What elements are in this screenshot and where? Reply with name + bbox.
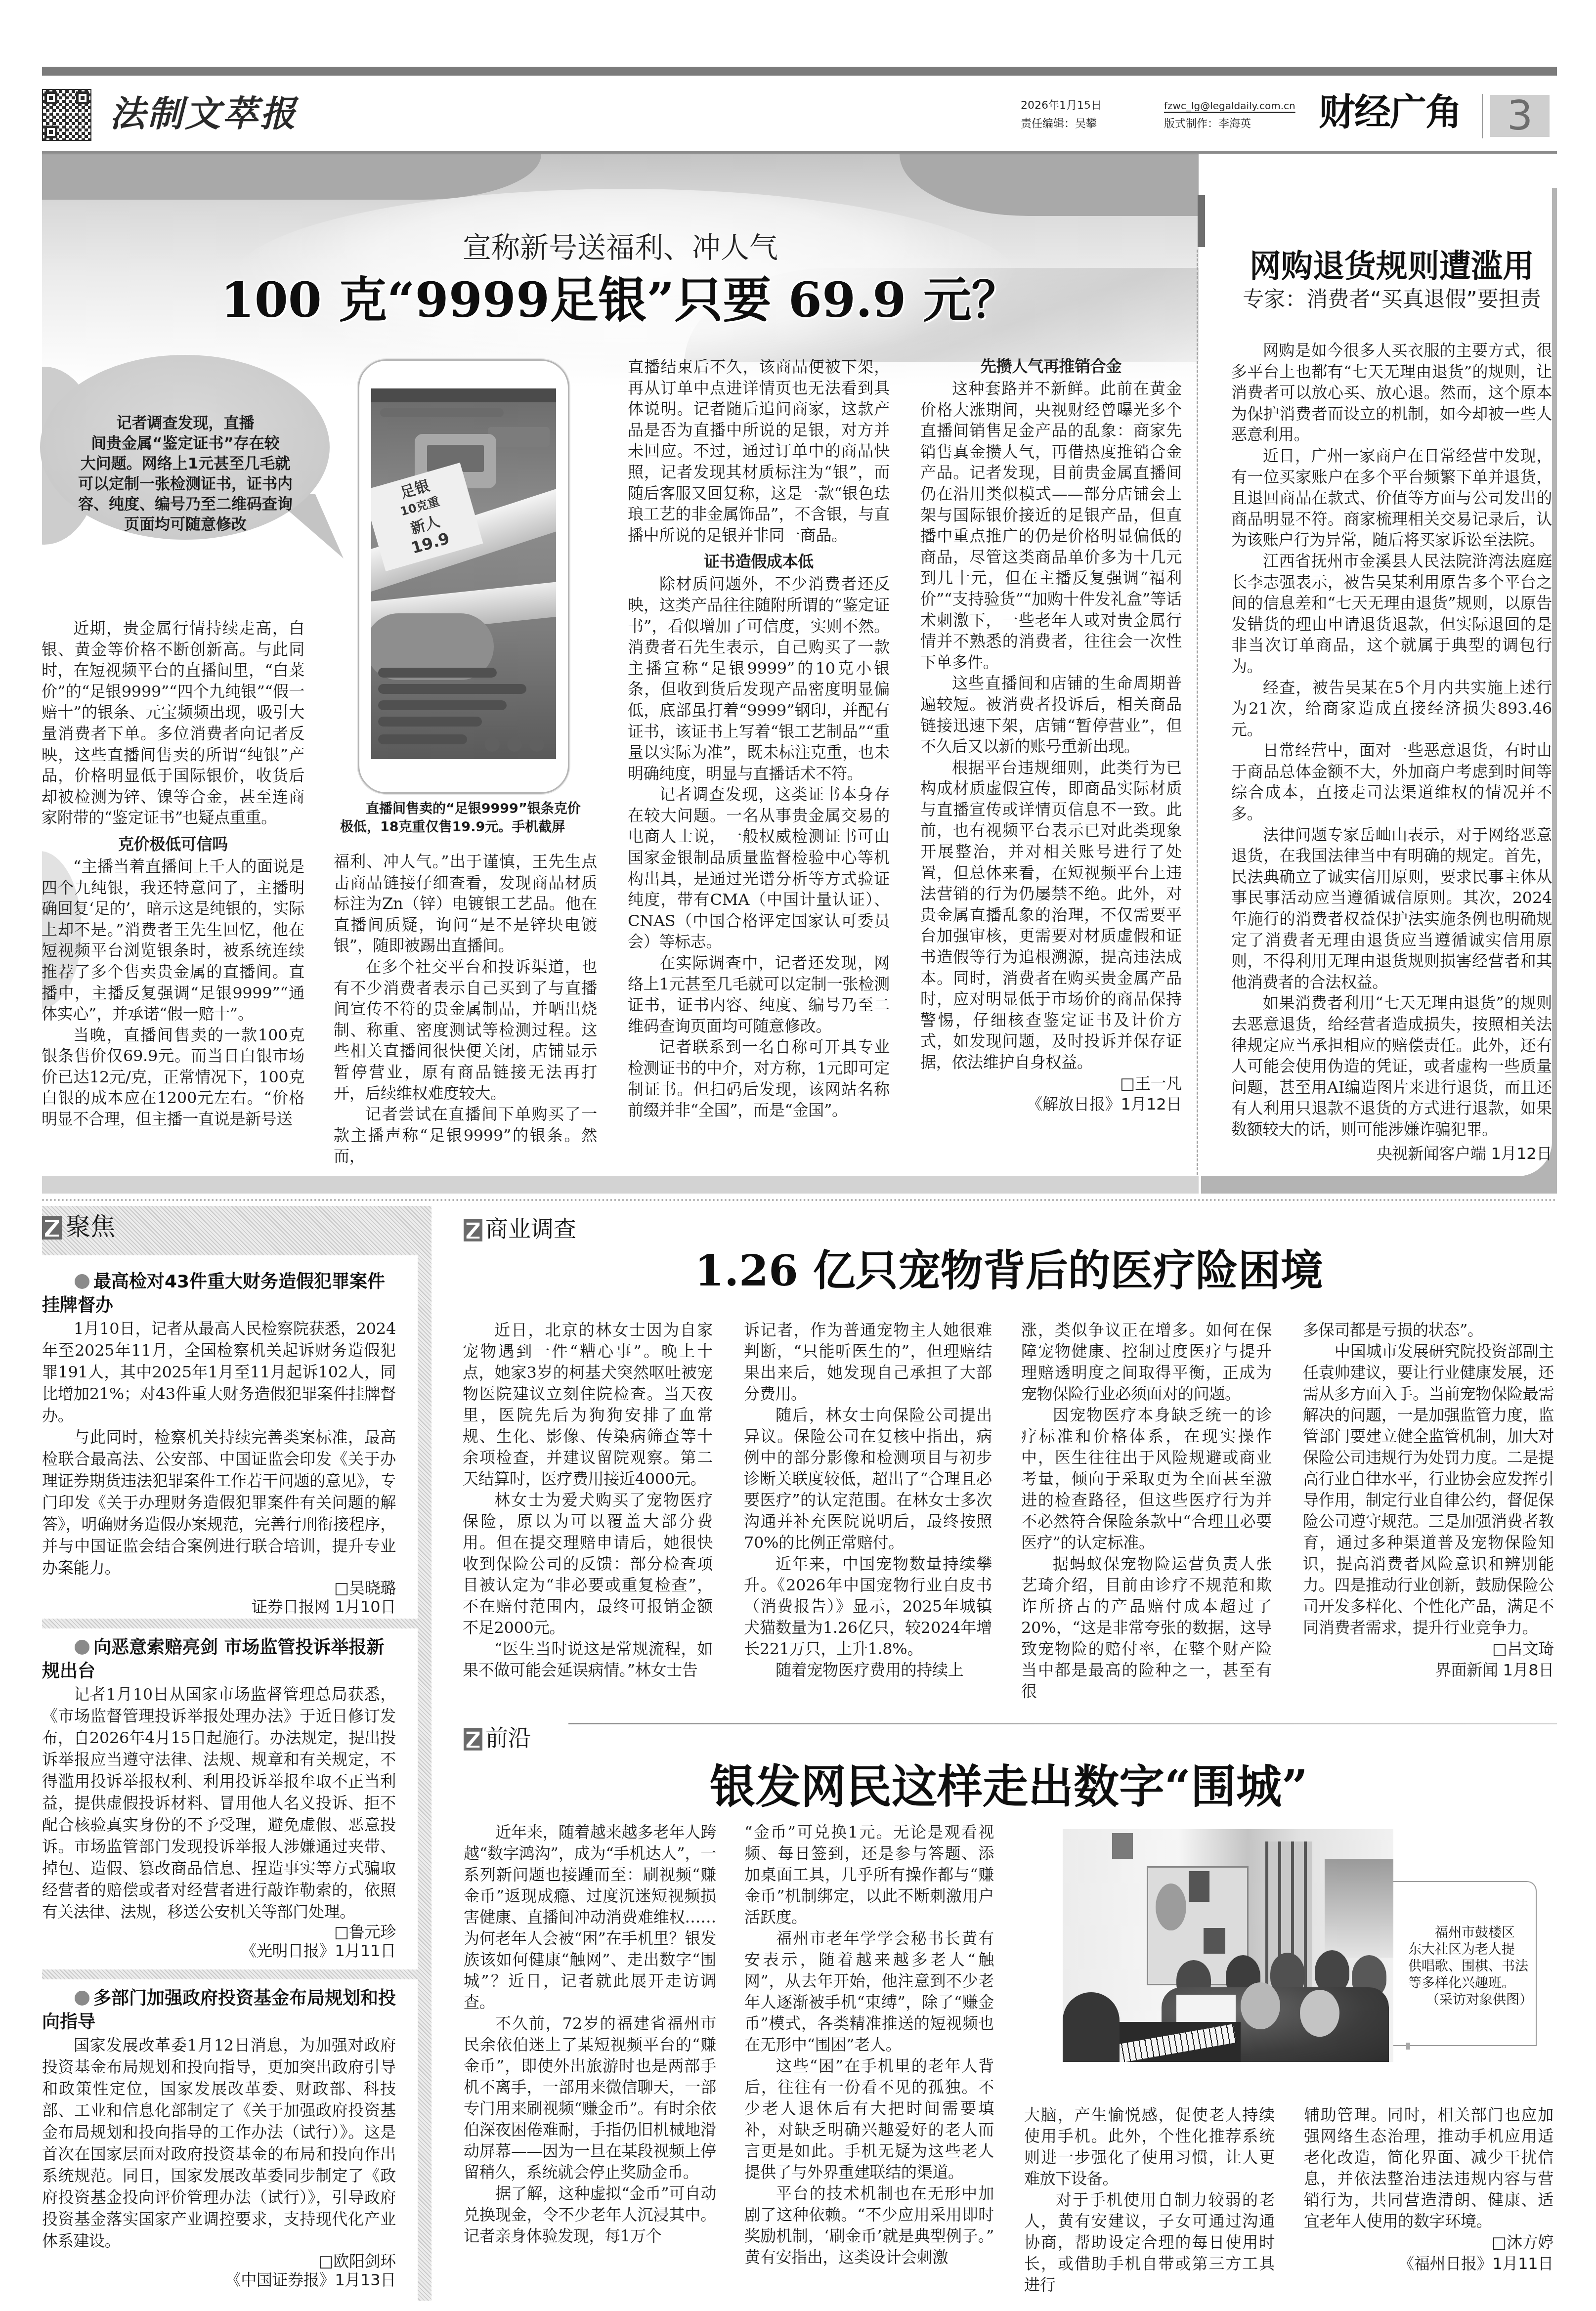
right-article-headline: 网购退货规则遭滥用: [1231, 249, 1553, 284]
paragraph: 福州市老年学学会秘书长黄有安表示，随着越来越多老人“触网”，从去年开始，他注意到…: [744, 1928, 994, 2055]
caption-line: 东大社区为老人提: [1408, 1941, 1522, 1958]
paragraph: 诉记者，作为普通宠物主人她很难判断，“只能听医生的”，但理赔结果出来后，她发现自…: [744, 1320, 992, 1405]
photo-caption: 直播间售卖的“足银9999”银条克价 极低，18克重仅售19.9元。手机截屏: [340, 800, 602, 836]
paragraph: 这种套路并不新鲜。此前在黄金价格大涨期间，央视财经曾曝光多个直播间销售足金产品的…: [920, 378, 1182, 673]
comment-bar: [378, 717, 482, 727]
paragraph: 根据平台违规细则，此类行为已构成材质虚假宣传，即商品实际材质与直播宣传或详情页信…: [920, 757, 1182, 1073]
paragraph: 这些“困”在手机里的老年人背后，往往有一份看不见的孤独。不少老人退休后有大把时间…: [744, 2055, 994, 2183]
newspaper-logo: 法制文萃报: [110, 89, 298, 138]
source-credit: 央视新闻客户端 1月12日: [1231, 1143, 1552, 1164]
column-divider: [1197, 250, 1198, 1175]
qr-finder: [44, 126, 57, 138]
focus-item-body: 国家发展改革委1月12日消息，为加强对政府投资基金布局规划和投向指导，更加突出政…: [42, 2034, 396, 2289]
section-z-icon: [464, 1219, 482, 1241]
right-article-subhead: 专家：消费者“买真退假”要担责: [1231, 287, 1553, 312]
author-byline: □王一凡: [920, 1073, 1182, 1094]
paragraph: 近年来，中国宠物数量持续攀升。《2026年中国宠物行业白皮书（消费报告）》显示，…: [744, 1553, 992, 1660]
section-z-icon: [464, 1728, 482, 1751]
source-credit: 证券日报网 1月10日: [42, 1597, 396, 1616]
feature-column-4: 先攒人气再推销合金 这种套路并不新鲜。此前在黄金价格大涨期间，央视财经曾曝光多个…: [920, 355, 1182, 1115]
pianist: [1063, 1992, 1120, 2062]
stream-info-bar: [380, 408, 504, 417]
paragraph: 当晚，直播间售卖的一款100克银条售价仅69.9元。而当日白银市场价已达12元/…: [42, 1025, 304, 1130]
photo-caption: 福州市鼓楼区 东大社区为老人提 供唱歌、围棋、书法 等多样化兴趣班。 （采访对象…: [1408, 1925, 1522, 2009]
status-bar: [371, 388, 556, 402]
section-label: 商业调查: [485, 1214, 576, 1243]
toolbar-icon: [507, 737, 522, 752]
person-face: [1300, 1990, 1339, 2037]
focus-item: 向恶意索赔亮剑 市场监管投诉举报新规出台 记者1月10日从国家市场监督管理总局获…: [42, 1628, 418, 1969]
comment-bar: [378, 668, 497, 678]
business-headline: 1.26 亿只宠物背后的医疗险困境: [464, 1246, 1554, 1296]
callout-line: 间贵金属“鉴定证书”存在较: [59, 433, 311, 454]
comment-bar: [378, 734, 467, 744]
contact-email-link[interactable]: fzwc_lg@legaldaily.com.cn: [1164, 99, 1295, 112]
section-separator: [42, 1199, 1557, 1201]
focus-item-body: 记者1月10日从国家市场监督管理总局获悉，《市场监督管理投诉举报处理办法》于近日…: [42, 1683, 396, 1960]
toolbar-icon: [529, 737, 544, 752]
paragraph: 近日，广州一家商户在日常经营中发现，有一位买家账户在多个平台频繁下单并退货，且退…: [1231, 445, 1552, 551]
paragraph: 记者尝试在直播间下单购买了一款主播声称“足银9999”的银条。然而，: [334, 1104, 597, 1167]
section-rule: [568, 1723, 1557, 1724]
focus-item-title: 向恶意索赔亮剑 市场监管投诉举报新规出台: [42, 1636, 396, 1683]
shelves: [1325, 1859, 1393, 1958]
caption-line: 直播间售卖的“足银9999”银条克价: [340, 800, 602, 818]
callout-line: 大问题。网络上1元甚至几毛就: [59, 454, 311, 474]
paragraph: 中国城市发展研究院投资部副主任袁帅建议，要让行业健康发展，还需从多方面入手。当前…: [1303, 1341, 1554, 1638]
paragraph: 记者1月10日从国家市场监督管理总局获悉，《市场监督管理投诉举报处理办法》于近日…: [42, 1683, 396, 1923]
focus-item-title: 多部门加强政府投资基金布局规划和投向指导: [42, 1987, 396, 2034]
focus-item-body: 1月10日，记者从最高人民检察院获悉，2024年至2025年11月，全国检察机关…: [42, 1318, 396, 1616]
feature-bottom-band: [42, 1176, 1199, 1194]
paragraph: 据蚂蚁保宠物险运营负责人张艺琦介绍，目前由诊疗不规范和欺诈所挤占的产品赔付成本超…: [1021, 1553, 1272, 1702]
paragraph: 据了解，这种虚拟“金币”可自动兑换现金，令不少老年人沉浸其中。记者亲身体验发现，…: [464, 2183, 716, 2247]
decor-wave-right: [900, 154, 1199, 216]
focus-item-title-text: 向恶意索赔亮剑 市场监管投诉举报新规出台: [42, 1637, 385, 1681]
callout-line: 容、纯度、编号乃至二维码查询: [59, 494, 311, 514]
person-face: [1241, 1982, 1280, 2029]
caption-line: 福州市鼓楼区: [1408, 1925, 1522, 1941]
caption-line: （采访对象供图）: [1408, 1992, 1522, 2009]
frontier-column-2: “金币”可兑换1元。无论是观看视频、每日签到，还是参与答题、添加桌面工具，几乎所…: [744, 1822, 994, 2268]
paragraph: 平台的技术机制也在无形中加剧了这种依赖。“不少应用采用即时奖励机制，‘刷金币’就…: [744, 2183, 994, 2268]
business-column-1: 近日，北京的林女士因为自家宠物遇到一件“糟心事”。晚上十点，她家3岁的柯基犬突然…: [463, 1320, 713, 1681]
paragraph: 福利、冲人气。”出于谨慎，王先生点击商品链接仔细查看，发现商品材质标注为Zn（锌…: [334, 851, 597, 956]
paragraph: 近期，贵金属行情持续走高，白银、黄金等价格不断创新高。与此同时，在短视频平台的直…: [42, 618, 304, 828]
business-column-2: 诉记者，作为普通宠物主人她很难判断，“只能听医生的”，但理赔结果出来后，她发现自…: [744, 1320, 992, 1681]
source-credit: 《光明日报》1月11日: [42, 1941, 396, 1960]
section-label: 聚焦: [66, 1211, 115, 1242]
feature-headline: 100 克“9999足银”只要 69.9 元？: [42, 271, 1199, 330]
top-bar: [42, 67, 1557, 76]
paragraph: 在多个社交平台和投诉渠道，也有不少消费者表示自己买到了与直播间宣传不符的贵金属制…: [334, 956, 597, 1104]
paragraph: 近日，北京的林女士因为自家宠物遇到一件“糟心事”。晚上十点，她家3岁的柯基犬突然…: [463, 1320, 713, 1490]
paragraph: 因宠物医疗本身缺乏统一的诊疗标准和价格体系，在现实操作中，医生往往出于风险规避或…: [1021, 1405, 1272, 1553]
paragraph: “医生当时说这是常规流程，如果不做可能会延误病情。”林女士告: [463, 1638, 713, 1681]
frontier-column-4: 辅助管理。同时，相关部门也应加强网络生态治理，推动手机应用适老化改造，简化界面、…: [1304, 2104, 1553, 2274]
paragraph: 涨，类似争议正在增多。如何在保障宠物健康、控制过度医疗与提升理赔透明度之间取得平…: [1021, 1320, 1272, 1405]
paragraph: 记者联系到一名自称可开具专业检测证书的中介，对方称，1元即可定制证书。但扫码后发…: [628, 1036, 890, 1120]
source-credit: 界面新闻 1月8日: [1303, 1660, 1554, 1681]
paragraph: 直播结束后不久，该商品便被下架，再从订单中点进详情页也无法看到具体说明。记者随后…: [628, 356, 890, 546]
paragraph: 江西省抚州市金溪县人民法院浒湾法庭庭长李志强表示，被告吴某利用原告多个平台之间的…: [1231, 551, 1552, 677]
feature-column-3: 直播结束后不久，该商品便被下架，再从订单中点进详情页也无法看到具体说明。记者随后…: [628, 356, 890, 1121]
feature-column-1: 近期，贵金属行情持续走高，白银、黄金等价格不断创新高。与此同时，在短视频平台的直…: [42, 618, 304, 1130]
wall-sign: [1189, 1871, 1209, 1902]
issue-date: 2026年1月15日: [1021, 99, 1102, 112]
paragraph: 如果消费者利用“七天无理由退货”的规则去恶意退货，给经营者造成损失，按照相关法律…: [1231, 992, 1552, 1140]
paragraph: 林女士为爱犬购买了宠物医疗保险，原以为可以覆盖大部分费用。但在提交理赔申请后，她…: [463, 1490, 713, 1638]
paragraph: 与此同时，检察机关持续完善类案标准，最高检联合最高法、公安部、中国证监会印发《关…: [42, 1426, 396, 1579]
section-title: 财经广角: [1319, 90, 1461, 134]
qr-finder: [76, 91, 89, 104]
paragraph: 辅助管理。同时，相关部门也应加强网络生态治理，推动手机应用适老化改造，简化界面、…: [1304, 2104, 1553, 2232]
subheading: 先攒人气再推销合金: [920, 355, 1182, 377]
caption-line: 供唱歌、围棋、书法: [1408, 1958, 1522, 1975]
focus-item-title-text: 最高检对43件重大财务造假犯罪案件挂牌督办: [42, 1272, 385, 1316]
section-z-icon: [42, 1216, 62, 1240]
paragraph: 经查，被告吴某在5个月内共实施上述行为21次，给商家造成直接经济损失893.46…: [1231, 677, 1552, 740]
paragraph: 国家发展改革委1月12日消息，为加强对政府投资基金布局规划和投向指导，更加突出政…: [42, 2034, 396, 2252]
paragraph: 法律问题专家岳屾山表示，对于网络恶意退货，在我国法律当中有明确的规定。首先，民法…: [1231, 824, 1552, 993]
section-label: 前沿: [485, 1723, 531, 1753]
caption-line: 等多样化兴趣班。: [1408, 1975, 1522, 1992]
frontier-column-3: 大脑，产生愉悦感，促使老人持续使用手机。此外，个性化推荐系统则进一步强化了使用习…: [1024, 2104, 1275, 2296]
focus-item-title: 最高检对43件重大财务造假犯罪案件挂牌督办: [42, 1270, 396, 1318]
wall-emblem: [1156, 1883, 1186, 1930]
designer-credit: 版式制作：李海英: [1164, 118, 1251, 130]
source-credit: 《中国证券报》1月13日: [42, 2270, 396, 2289]
callout-text: 记者调查发现，直播 间贵金属“鉴定证书”存在较 大问题。网络上1元甚至几毛就 可…: [59, 413, 311, 535]
focus-item: 最高检对43件重大财务造假犯罪案件挂牌督办 1月10日，记者从最高人民检察院获悉…: [42, 1255, 418, 1619]
qr-finder: [44, 91, 57, 104]
subheading: 克价极低可信吗: [42, 833, 304, 855]
focus-item: 多部门加强政府投资基金布局规划和投向指导 国家发展改革委1月12日消息，为加强对…: [42, 1979, 418, 2301]
qr-code-icon: [42, 89, 91, 141]
feature-column-2: 福利、冲人气。”出于谨慎，王先生点击商品链接仔细查看，发现商品材质标注为Zn（锌…: [334, 851, 597, 1167]
livestream-screenshot: 足银 10克重 新人 19.9: [371, 388, 556, 759]
caption-line: 极低，18克重仅售19.9元。手机截屏: [340, 818, 602, 836]
callout-line: 可以定制一张检测证书，证书内: [59, 474, 311, 494]
wall-clock: [1112, 1833, 1133, 1859]
frontier-headline: 银发网民这样走出数字“围城”: [464, 1759, 1554, 1814]
caption-box-stub: [1406, 2043, 1410, 2050]
source-credit: 《福州日报》1月11日: [1304, 2253, 1553, 2274]
paragraph: 对于手机使用自制力较弱的老人，黄有安建议，子女可通过沟通协商，帮助设定合理的每日…: [1024, 2189, 1275, 2296]
paragraph: 近年来，随着越来越多老年人跨越“数字鸿沟”，成为“手机达人”，一系列新问题也接踵…: [464, 1822, 716, 2013]
feature-kicker: 宣称新号送福利、冲人气: [42, 231, 1199, 264]
paragraph: 随着宠物医疗费用的持续上: [744, 1660, 992, 1681]
paragraph: 在实际调查中，记者还发现，网络上1元甚至几毛就可以定制一张检测证书，证书内容、纯…: [628, 952, 890, 1036]
author-byline: □沐方婷: [1304, 2232, 1553, 2253]
subheading: 证书造假成本低: [628, 551, 890, 572]
author-byline: □吕文琦: [1303, 1638, 1554, 1660]
paragraph: 大脑，产生愉悦感，促使老人持续使用手机。此外，个性化推荐系统则进一步强化了使用习…: [1024, 2104, 1275, 2189]
decor-wave-left: [42, 154, 541, 200]
business-column-4: 多保司都是亏损的状态”。 中国城市发展研究院投资部副主任袁帅建议，要让行业健康发…: [1303, 1320, 1554, 1681]
paragraph: 网购是如今很多人买衣服的主要方式，很多平台上也都有“七天无理由退货”的规则，让消…: [1231, 340, 1552, 445]
bullet-icon: [75, 1991, 89, 2006]
paragraph: 1月10日，记者从最高人民检察院获悉，2024年至2025年11月，全国检察机关…: [42, 1318, 396, 1426]
callout-line: 记者调查发现，直播: [59, 413, 311, 433]
paragraph: 多保司都是亏损的状态”。: [1303, 1320, 1554, 1341]
header-divider: [1482, 94, 1483, 138]
header-rule: [42, 151, 1557, 154]
author-byline: □欧阳剑环: [42, 2252, 396, 2270]
paragraph: 日常经营中，面对一些恶意退货，有时由于商品总体金额不大，外加商户考虑到时间等综合…: [1231, 740, 1552, 824]
stream-badge: [488, 427, 550, 447]
community-class-photo: [1063, 1829, 1393, 2062]
business-column-3: 涨，类似争议正在增多。如何在保障宠物健康、控制过度医疗与提升理赔透明度之间取得平…: [1021, 1320, 1272, 1702]
editor-credit: 责任编辑：吴攀: [1021, 118, 1097, 130]
source-credit: 《解放日报》1月12日: [920, 1094, 1182, 1115]
paragraph: “金币”可兑换1元。无论是观看视频、每日签到，还是参与答题、添加桌面工具，几乎所…: [744, 1822, 994, 1928]
author-byline: □鲁元珍: [42, 1923, 396, 1941]
paragraph: 这些直播间和店铺的生命周期普遍较短。被消费者投诉后，相关商品链接迅速下架，店铺“…: [920, 673, 1182, 757]
page-number: 3: [1490, 95, 1550, 137]
bullet-icon: [75, 1640, 89, 1655]
paragraph: 不久前，72岁的福建省福州市民余依伯迷上了某短视频平台的“赚金币”，即使外出旅游…: [464, 2013, 716, 2183]
paragraph: 随后，林女士向保险公司提出异议。保险公司在复核中指出，病例中的部分影像和检测项目…: [744, 1405, 992, 1553]
comment-bar: [378, 684, 526, 694]
toolbar-icon: [485, 737, 500, 752]
focus-item-title-text: 多部门加强政府投资基金布局规划和投向指导: [42, 1988, 396, 2032]
phone-screenshot-frame: 足银 10克重 新人 19.9: [358, 359, 569, 794]
newspaper-page: 法制文萃报 2026年1月15日 责任编辑：吴攀 fzwc_lg@legalda…: [0, 0, 1596, 2311]
right-article-body: 网购是如今很多人买衣服的主要方式，很多平台上也都有“七天无理由退货”的规则，让消…: [1231, 340, 1552, 1164]
bullet-icon: [75, 1274, 89, 1289]
focus-sidebar: 聚焦 最高检对43件重大财务造假犯罪案件挂牌督办 1月10日，记者从最高人民检察…: [42, 1206, 431, 2301]
callout-line: 页面均可随意修改: [59, 514, 311, 535]
right-panel-accent-bar: [1198, 195, 1205, 247]
person: [1315, 1950, 1349, 1992]
author-byline: □吴晓璐: [42, 1579, 396, 1597]
frontier-column-1: 近年来，随着越来越多老年人跨越“数字鸿沟”，成为“手机达人”，一系列新问题也接踵…: [464, 1822, 716, 2247]
paragraph: 除材质问题外，不少消费者还反映，这类产品往往随附所谓的“鉴定证书”，看似增加了可…: [628, 573, 890, 784]
wall-sign: [1204, 1928, 1225, 1954]
paragraph: “主播当着直播间上千人的面说是四个九纯银，我还特意问了，主播明确回复‘足的’，暗…: [42, 856, 304, 1025]
paragraph: 记者调查发现，这类证书本身存在较大问题。一名从事贵金属交易的电商人士说，一般权威…: [628, 784, 890, 952]
comment-bar: [378, 700, 507, 710]
